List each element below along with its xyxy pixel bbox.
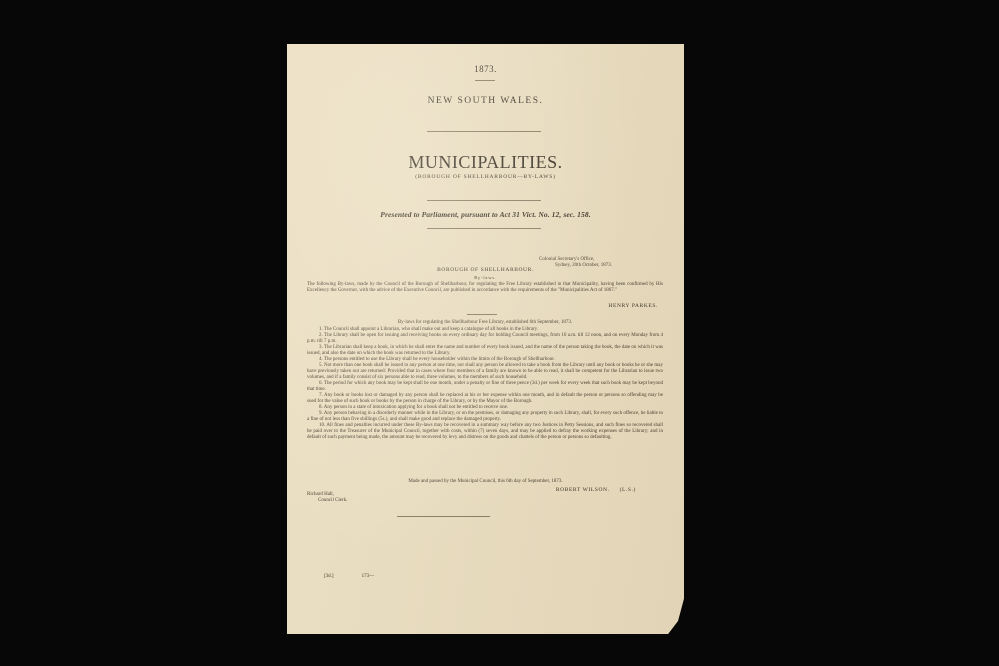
document-page: 1873. NEW SOUTH WALES. MUNICIPALITIES. (… (287, 44, 684, 634)
mayor-signature: ROBERT WILSON.(L.S.) (556, 487, 636, 493)
state-heading: NEW SOUTH WALES. (287, 96, 684, 106)
clause: 7. Any book or books lost or damaged by … (307, 393, 663, 405)
presented-line: Presented to Parliament, pursuant to Act… (287, 210, 684, 219)
borough-heading: BOROUGH OF SHELLHARBOUR. (287, 267, 684, 273)
signatory: HENRY PARKES. (608, 303, 658, 309)
clause: 6. The period for which any book may be … (307, 381, 663, 393)
bylaws-heading: By-laws. (287, 275, 684, 280)
document-subtitle: (BOROUGH OF SHELLHARBOUR—BY-LAWS) (287, 174, 684, 180)
clause: 10. All fines and penalties incurred und… (307, 423, 663, 441)
divider (475, 80, 495, 81)
footer: [3d.]173— (324, 574, 374, 579)
clerk-signature: Richard Hall, Council Clerk. (307, 492, 347, 504)
bylaws-body: By-laws for regulating the Shellharbour … (307, 320, 663, 441)
clause: 9. Any person behaving in a disorderly m… (307, 411, 663, 423)
print-number: 173— (362, 574, 375, 579)
divider (467, 314, 497, 315)
divider (427, 228, 541, 229)
clause: 2. The Library shall be open for issuing… (307, 333, 663, 345)
price: [3d.] (324, 574, 334, 579)
clause: 3. The Librarian shall keep a book, in w… (307, 345, 663, 357)
divider (427, 200, 541, 201)
divider (427, 131, 541, 132)
document-title: MUNICIPALITIES. (287, 152, 684, 173)
document-year: 1873. (287, 64, 684, 74)
clause: 5. Not more than one book shall be issue… (307, 363, 663, 381)
bylaws-title: By-laws for regulating the Shellharbour … (307, 320, 663, 326)
intro-paragraph: The following By-laws, made by the Counc… (307, 282, 663, 294)
clause-list: 1. The Council shall appoint a Librarian… (307, 327, 663, 441)
made-passed: Made and passed by the Municipal Council… (287, 479, 684, 485)
divider (397, 516, 490, 517)
